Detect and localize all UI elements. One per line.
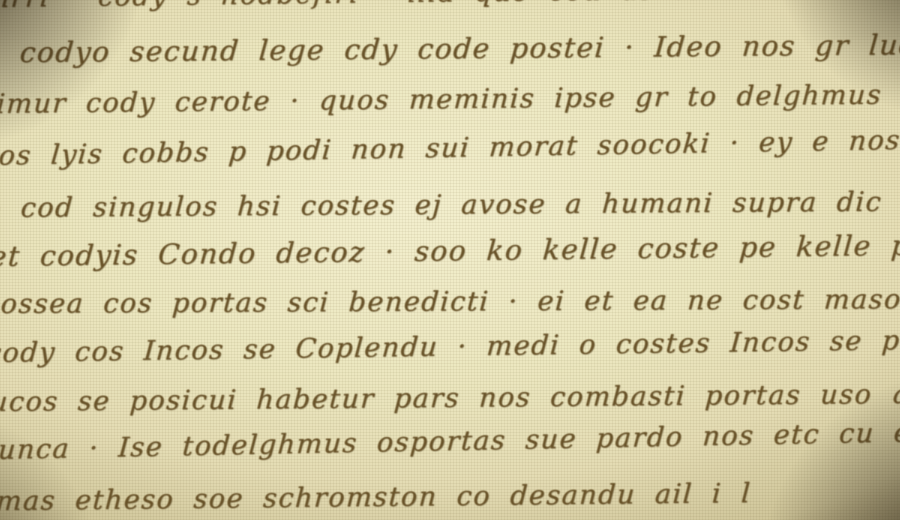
manuscript-line: cody cos Incos se Coplendu · medi o cost… (0, 323, 900, 370)
manuscript-line: et codyis Condo decoz · soo ko kelle cos… (0, 228, 900, 273)
manuscript-line: dos lyis cobbs p podi non sui morat sooc… (0, 121, 900, 172)
manuscript-line: codyo secund lege cdy code postei · Ideo… (19, 27, 900, 69)
manuscript-line: timur cody cerote · quos meminis ipse gr… (0, 77, 900, 120)
manuscript-line: possea cos portas sci benedicti · ei et … (0, 283, 900, 320)
manuscript-line: nrri · cody s hodbefiri · illa quo cou a… (0, 0, 719, 14)
manuscript-line: lunca · Ise todelghmus osportas sue pard… (0, 414, 900, 466)
manuscript-line: mas etheso soe schromston co desandu ail… (0, 478, 752, 517)
manuscript-line: o cod singulos hsi costes ej avose a hum… (0, 185, 900, 224)
manuscript-line: lucos se posicui habetur pars nos combas… (0, 378, 900, 418)
manuscript-photo: nrri · cody s hodbefiri · illa quo cou a… (0, 0, 900, 520)
manuscript-text-block: nrri · cody s hodbefiri · illa quo cou a… (0, 0, 900, 520)
